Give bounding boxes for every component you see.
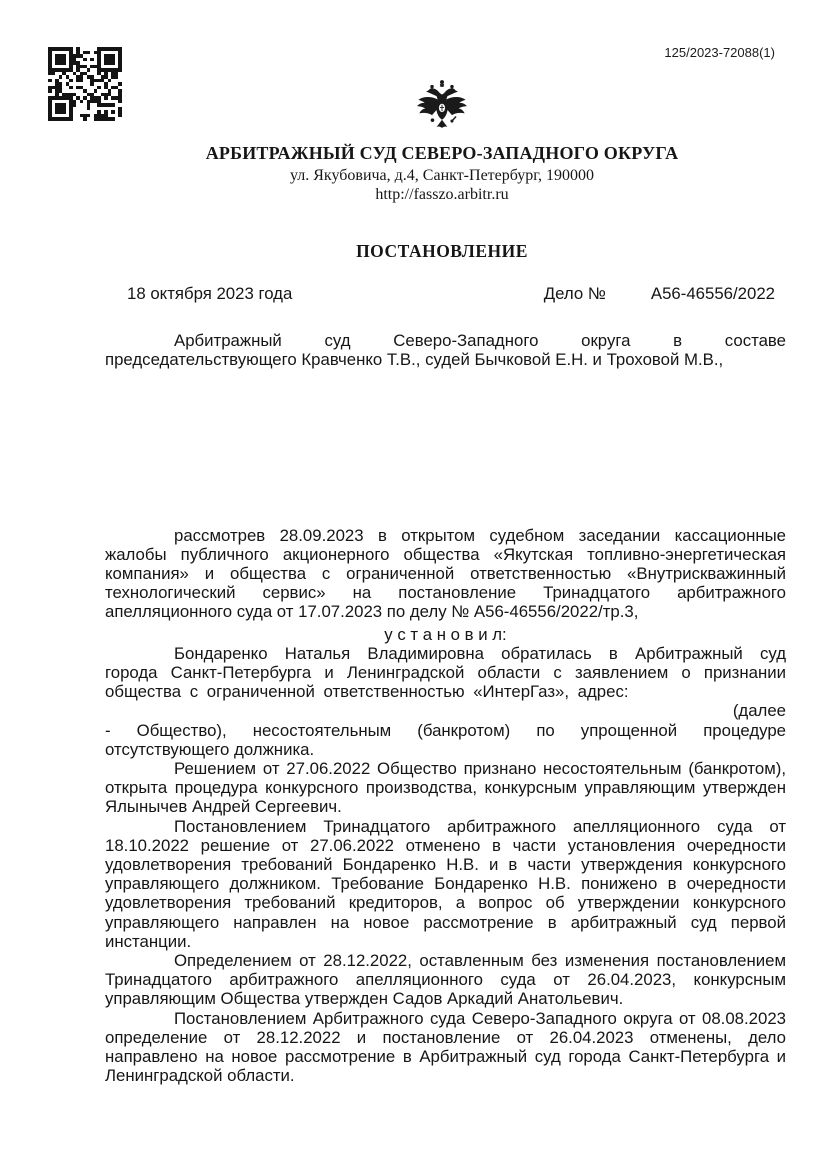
decision-body: Арбитражный суд Северо-Западного округа … (105, 331, 786, 1085)
court-address: ул. Якубовича, д.4, Санкт-Петербург, 190… (58, 166, 826, 185)
court-letterhead: АРБИТРАЖНЫЙ СУД СЕВЕРО-ЗАПАДНОГО ОКРУГА … (58, 0, 826, 204)
case-number: А56-46556/2022 (651, 284, 775, 303)
court-name: АРБИТРАЖНЫЙ СУД СЕВЕРО-ЗАПАДНОГО ОКРУГА (58, 143, 826, 163)
finding-paragraph-1-lead: Бондаренко Наталья Владимировна обратила… (105, 644, 786, 702)
court-decision-page: 125/2023-72088(1) АР (0, 0, 826, 1169)
finding-paragraph-4: Определением от 28.12.2022, оставленным … (105, 951, 786, 1009)
finding-paragraph-5: Постановлением Арбитражного суда Северо-… (105, 1009, 786, 1086)
redacted-participants-space (105, 370, 786, 526)
date-and-case-line: 18 октября 2023 года Дело №А56-46556/202… (127, 284, 775, 303)
finding-paragraph-1-dalee: (далее (105, 701, 786, 720)
finding-paragraph-3: Постановлением Тринадцатого арбитражного… (105, 817, 786, 951)
court-composition-paragraph: Арбитражный суд Северо-Западного округа … (105, 331, 786, 369)
document-stamp-number: 125/2023-72088(1) (664, 45, 775, 60)
finding-paragraph-2: Решением от 27.06.2022 Общество признано… (105, 759, 786, 817)
case-number-label: Дело № (544, 284, 606, 303)
court-website-link[interactable]: http://fasszo.arbitr.ru (58, 185, 826, 204)
coat-of-arms-icon (413, 78, 471, 136)
document-title: ПОСТАНОВЛЕНИЕ (58, 241, 826, 261)
decision-date: 18 октября 2023 года (127, 284, 292, 303)
case-number-group: Дело №А56-46556/2022 (544, 284, 775, 303)
hearing-summary-paragraph: рассмотрев 28.09.2023 в открытом судебно… (105, 526, 786, 622)
resolution-word: у с т а н о в и л: (105, 625, 786, 644)
finding-paragraph-1-tail: - Общество), несостоятельным (банкротом)… (105, 721, 786, 759)
qr-code-icon (48, 47, 122, 121)
